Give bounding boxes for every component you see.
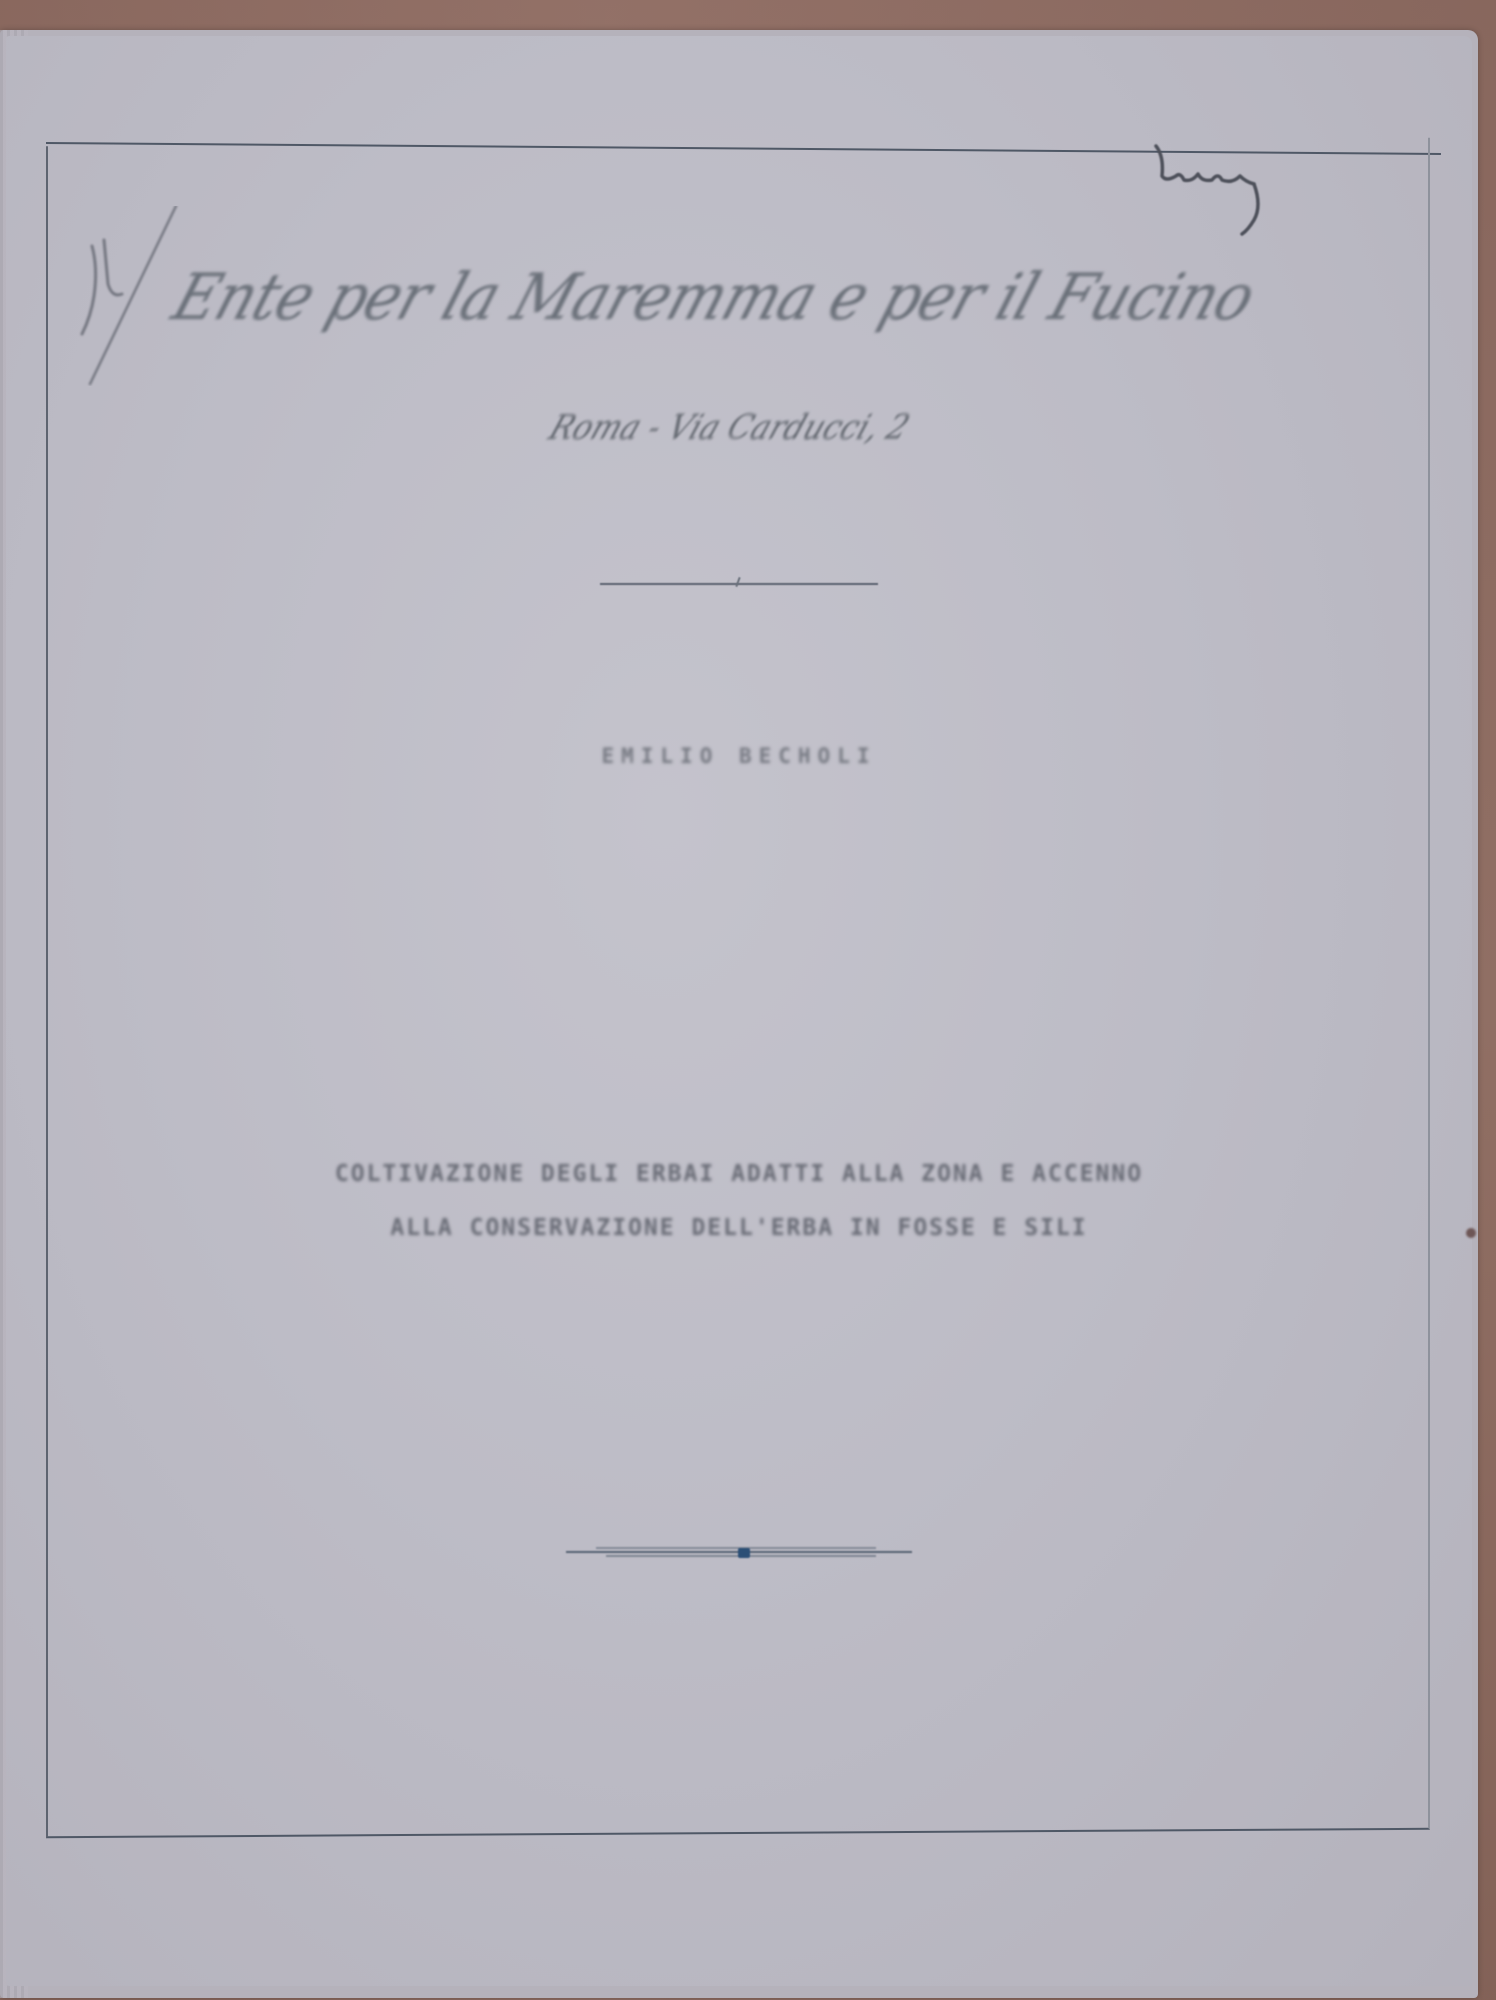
letterhead-address: Roma - Via Carducci, 2 bbox=[544, 408, 915, 448]
page-border-frame bbox=[46, 138, 1430, 1838]
separator-top bbox=[600, 583, 878, 585]
ornament-center-dot-icon bbox=[738, 1548, 750, 1558]
author-name: EMILIO BECHOLI bbox=[6, 744, 1472, 768]
document-title-line-1: COLTIVAZIONE DEGLI ERBAI ADATTI ALLA ZON… bbox=[6, 1161, 1472, 1187]
document-title-line-2: ALLA CONSERVAZIONE DELL'ERBA IN FOSSE E … bbox=[6, 1215, 1472, 1241]
letterhead-organization: Ente per la Maremma e per il Fucino bbox=[164, 261, 1246, 335]
ornament-rule-upper bbox=[596, 1547, 876, 1549]
paper-speck bbox=[1466, 1228, 1476, 1238]
separator-bottom-ornament bbox=[566, 1547, 912, 1559]
title-page: Ente per la Maremma e per il Fucino Roma… bbox=[6, 36, 1472, 1986]
